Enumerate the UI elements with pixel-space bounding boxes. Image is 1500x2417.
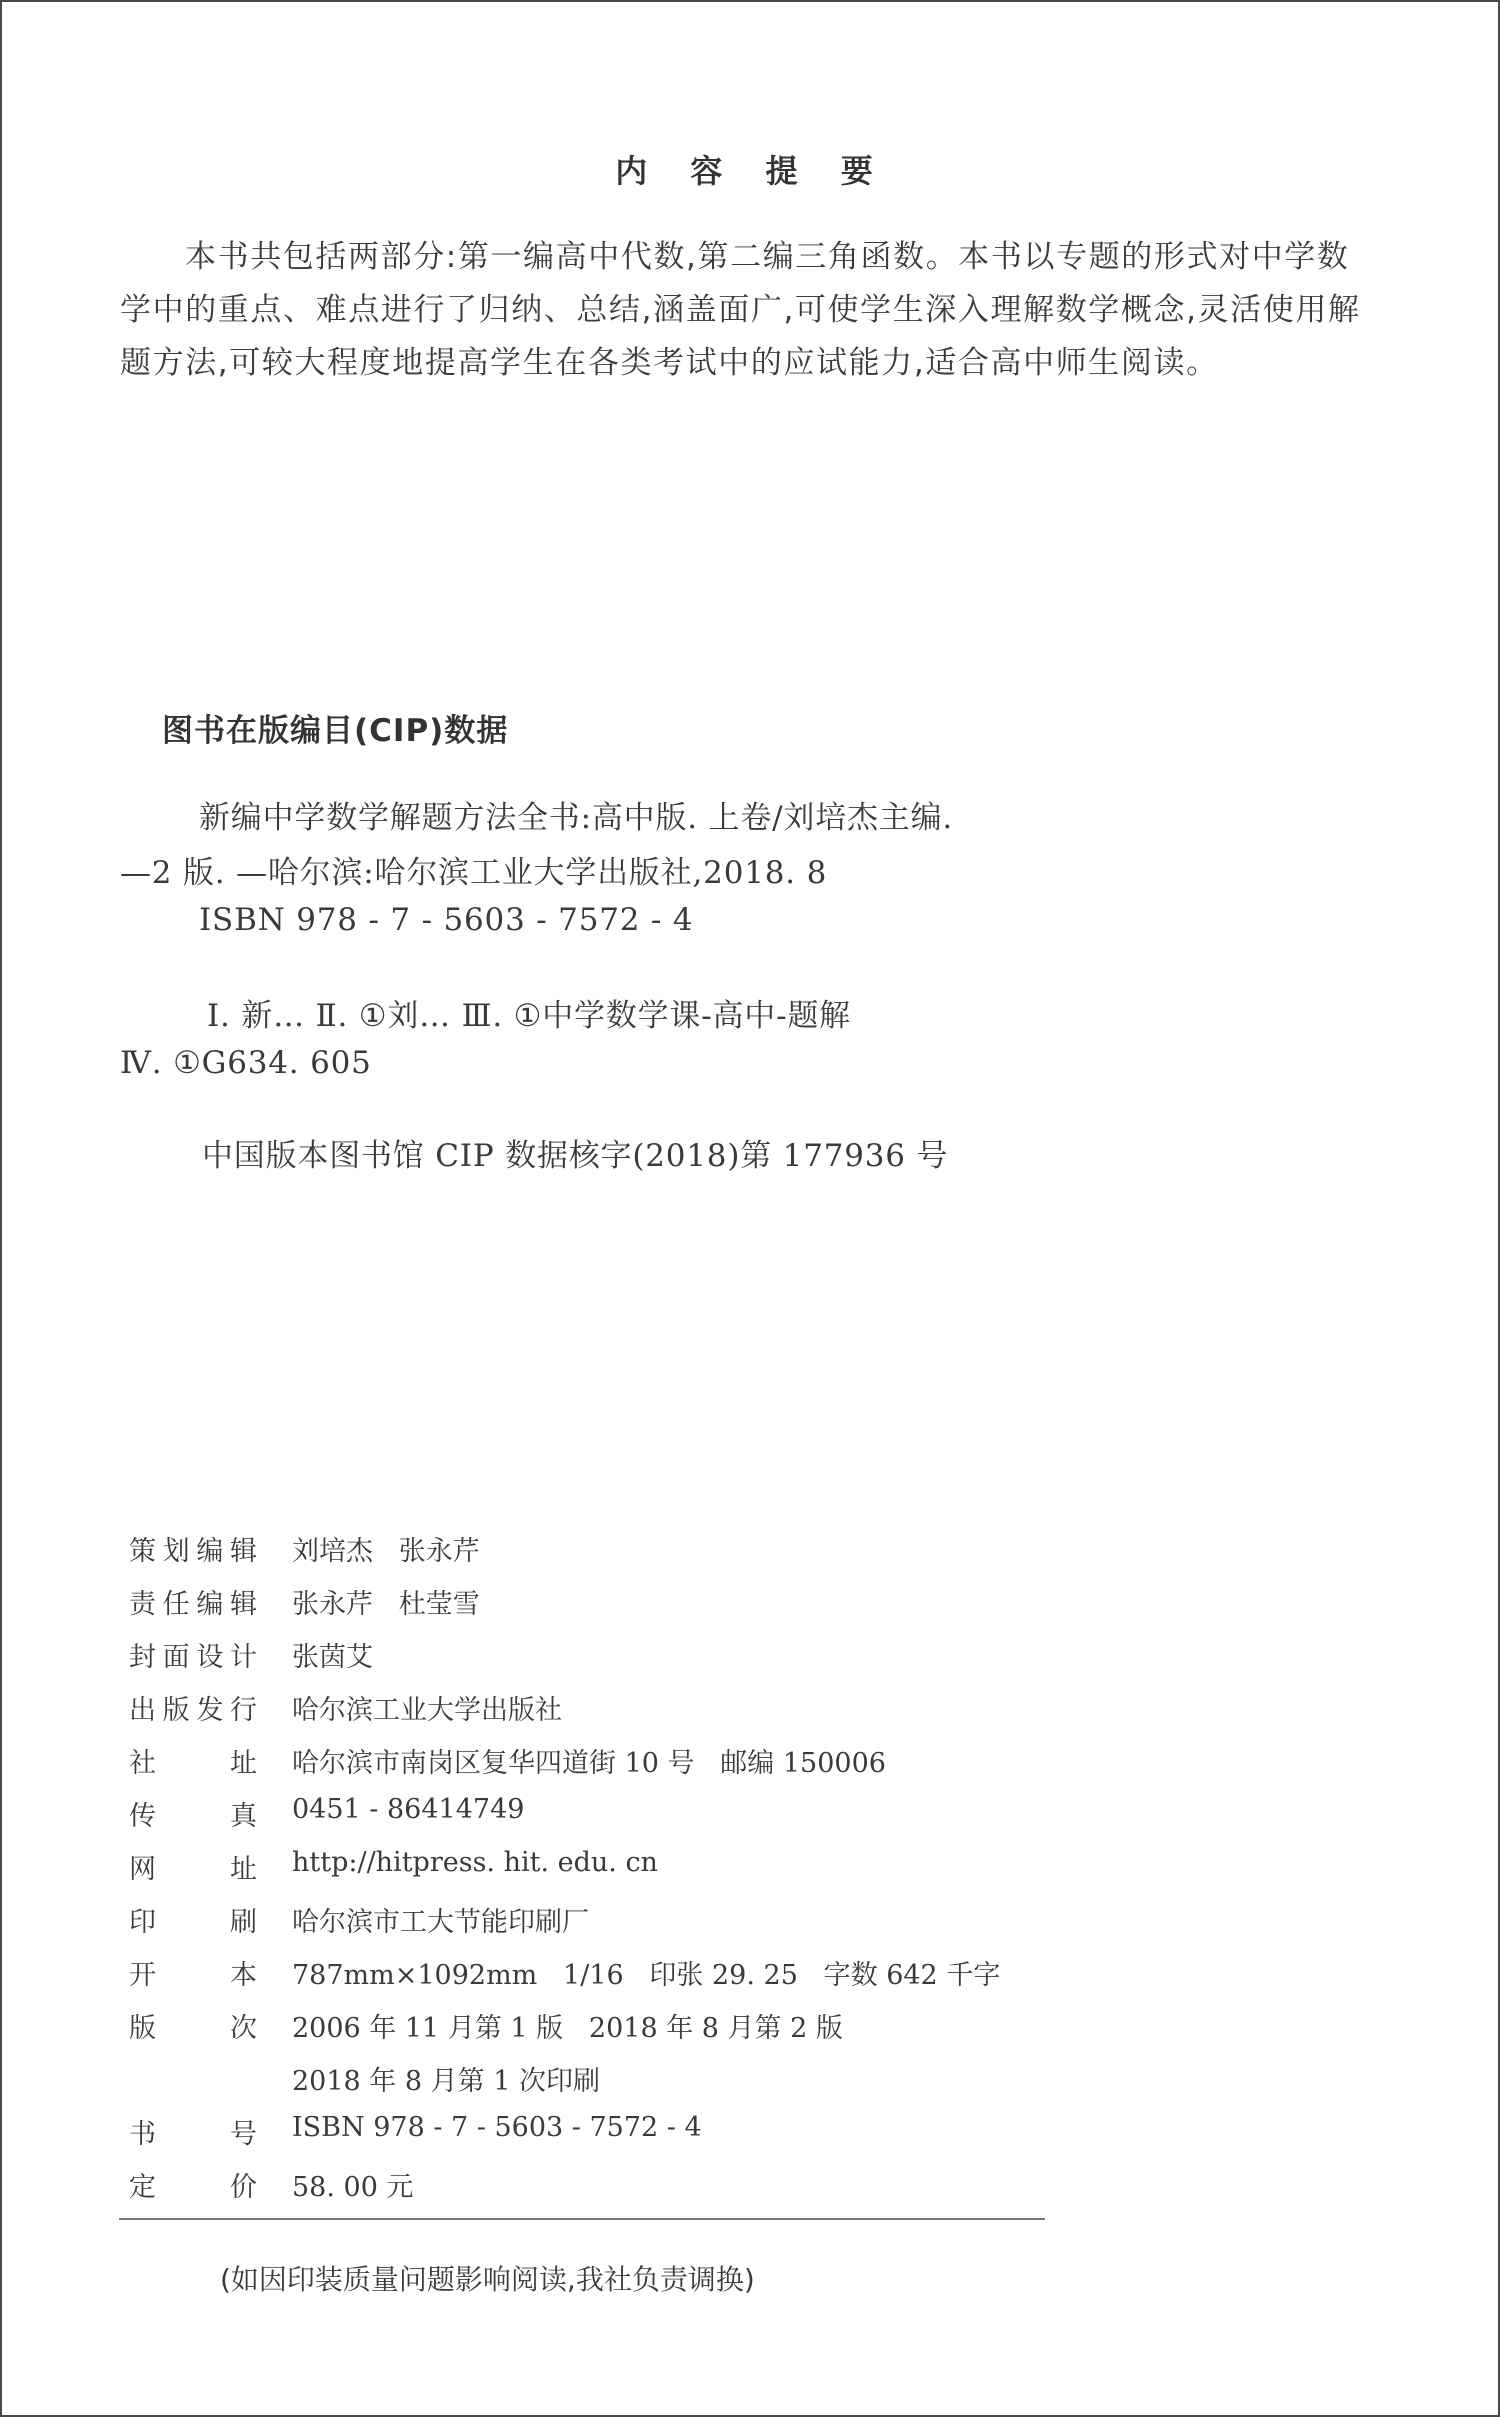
colophon-value: 2006 年 11 月第 1 版 2018 年 8 月第 2 版 <box>292 2006 843 2045</box>
colophon-value: 张茵艾 <box>292 1635 373 1674</box>
colophon-value: 哈尔滨市工大节能印刷厂 <box>292 1900 589 1939</box>
colophon-label: 出版发行 <box>129 1688 257 1727</box>
summary-paragraph-line-2: 学中的重点、难点进行了归纳、总结,涵盖面广,可使学生深入理解数学概念,灵活使用解 <box>120 284 1361 329</box>
colophon-value: 哈尔滨工业大学出版社 <box>292 1688 562 1727</box>
colophon-label: 开本 <box>129 1953 257 1992</box>
summary-paragraph-line-1: 本书共包括两部分:第一编高中代数,第二编三角函数。本书以专题的形式对中学数 <box>185 231 1350 276</box>
summary-paragraph-line-3: 题方法,可较大程度地提高学生在各类考试中的应试能力,适合高中师生阅读。 <box>120 337 1219 382</box>
colophon-value: ISBN 978 - 7 - 5603 - 7572 - 4 <box>292 2112 702 2143</box>
colophon-value: 哈尔滨市南岗区复华四道街 10 号 邮编 150006 <box>292 1741 886 1780</box>
colophon-label: 封面设计 <box>129 1635 257 1674</box>
colophon-value: 787mm×1092mm 1/16 印张 29. 25 字数 642 千字 <box>292 1953 1000 1992</box>
colophon-value: 58. 00 元 <box>292 2165 413 2204</box>
cip-record-line-2: —2 版. —哈尔滨:哈尔滨工业大学出版社,2018. 8 <box>120 847 827 892</box>
cip-heading: 图书在版编目(CIP)数据 <box>162 705 508 750</box>
colophon-label: 社址 <box>129 1741 257 1780</box>
colophon-label: 网址 <box>129 1847 257 1886</box>
colophon-label: 策划编辑 <box>129 1529 257 1568</box>
cip-classification-line-2: Ⅳ. ①G634. 605 <box>120 1045 372 1081</box>
colophon-value: 刘培杰 张永芹 <box>292 1529 480 1568</box>
cip-classification-line-1: Ⅰ. 新… Ⅱ. ①刘… Ⅲ. ①中学数学课-高中-题解 <box>207 990 851 1035</box>
colophon-value: 0451 - 86414749 <box>292 1794 524 1825</box>
colophon-value: 张永芹 杜莹雪 <box>292 1582 480 1621</box>
copyright-page: 内 容 提 要 本书共包括两部分:第一编高中代数,第二编三角函数。本书以专题的形… <box>0 0 1500 2417</box>
colophon-label: 印刷 <box>129 1900 257 1939</box>
colophon-label: 版次 <box>129 2006 257 2045</box>
colophon-label: 定价 <box>129 2165 257 2204</box>
cip-isbn-line: ISBN 978 - 7 - 5603 - 7572 - 4 <box>199 902 693 938</box>
cip-record-line-1: 新编中学数学解题方法全书:高中版. 上卷/刘培杰主编. <box>199 792 953 837</box>
cip-census-line: 中国版本图书馆 CIP 数据核字(2018)第 177936 号 <box>202 1130 948 1175</box>
print-quality-notice: (如因印装质量问题影响阅读,我社负责调换) <box>220 2258 755 2298</box>
divider-line <box>119 2218 1045 2220</box>
summary-title: 内 容 提 要 <box>2 146 1500 192</box>
colophon-label: 书号 <box>129 2112 257 2151</box>
colophon-label: 责任编辑 <box>129 1582 257 1621</box>
colophon-value: 2018 年 8 月第 1 次印刷 <box>292 2059 600 2098</box>
colophon-value: http://hitpress. hit. edu. cn <box>292 1847 658 1878</box>
colophon-label: 传真 <box>129 1794 257 1833</box>
